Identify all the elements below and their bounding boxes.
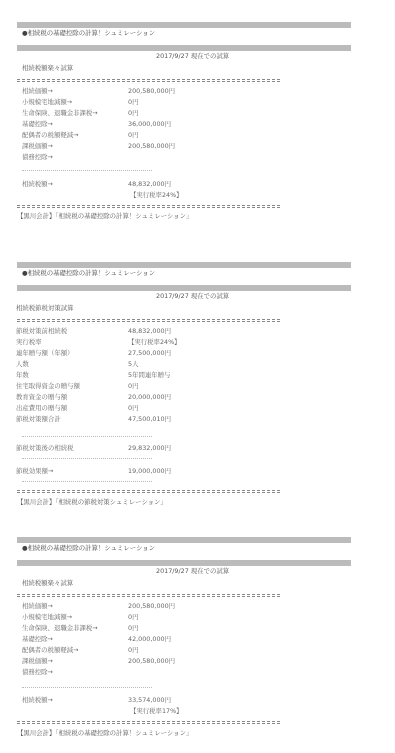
row-value: 0円 [128,381,138,391]
row-value: 36,000,000円 [128,119,171,129]
row-label: 配偶者の税額軽減→ [22,645,78,655]
row-value: 48,832,000円 [128,326,171,336]
row-label: 生命保険、退職金非課税→ [22,623,98,633]
row-label: 実行税率 [16,337,42,347]
row-label: 生命保険、退職金非課税→ [22,108,98,118]
double-divider [17,79,280,82]
row-value: 0円 [128,612,138,622]
thin-divider [22,458,152,459]
row-label: 住宅取得資金の贈与額 [16,381,80,391]
row-value: 0円 [128,108,138,118]
row-label: 人数 [16,359,29,369]
row-label: 相続価額→ [22,86,53,96]
row-value: 200,580,000円 [128,656,175,666]
after-tax-value: 29,832,000円 [128,443,171,453]
row-label: 小規模宅地減額→ [22,612,72,622]
row-value: 47,500,010円 [128,414,171,424]
row-value: 0円 [128,623,138,633]
row-label: 課税価額→ [22,656,53,666]
row-value: 5年間連年贈与 [128,370,170,380]
row-value: 20,000,000円 [128,392,171,402]
row-value: 27,500,000円 [128,348,171,358]
row-label: 出産費用の贈与額 [16,403,67,413]
saving-effect-value: 19,000,000円 [128,466,171,476]
row-label: 配偶者の税額軽減→ [22,130,78,140]
row-label: 債務控除→ [22,667,53,677]
after-tax-label: 節税対策後の相続税 [16,443,74,453]
footer-link[interactable]: 【黒川会計】「相続税の節税対策シュミレーション」 [17,497,167,507]
footer-link[interactable]: 【黒川会計】「相続税の基礎控除の計算！シュミレーション」 [17,211,192,221]
row-label: 相続価額→ [22,601,53,611]
double-divider [17,490,280,493]
saving-effect-label: 節税効果額→ [16,466,53,476]
double-divider [17,721,280,724]
row-label: 連年贈与額（年額） [16,348,74,358]
row-value: 0円 [128,130,138,140]
row-value: 0円 [128,645,138,655]
date-line: 2017/9/27 現在での試算 [156,51,229,61]
row-label: 基礎控除→ [22,119,53,129]
result-value: 33,574,000円 [128,695,171,705]
thin-divider [22,481,152,482]
row-label: 年数 [16,370,29,380]
result-label: 相続税額→ [22,695,53,705]
date-line: 2017/9/27 現在での試算 [156,566,229,576]
block-title: ●相続税の基礎控除の計算！シュミレーション [22,268,155,278]
row-value: 5人 [128,359,138,369]
double-divider [17,205,280,208]
effective-rate: 【実行税率24%】 [130,190,183,200]
row-value: 0円 [128,403,138,413]
block-subtitle: 相続税額楽々試算 [22,578,73,588]
row-value: 0円 [128,97,138,107]
row-value: 【実行税率24%】 [128,337,181,347]
row-label: 小規模宅地減額→ [22,97,72,107]
block-title: ●相続税の基礎控除の計算！シュミレーション [22,543,155,553]
thin-divider [22,436,152,437]
result-label: 相続税額→ [22,179,53,189]
thin-divider [22,687,152,688]
effective-rate: 【実行税率17%】 [130,706,183,716]
block-subtitle: 相続税節税対策試算 [16,303,74,313]
result-value: 48,832,000円 [128,179,171,189]
row-value: 200,580,000円 [128,141,175,151]
row-label: 節税対策額合計 [16,414,61,424]
double-divider [17,319,280,322]
block-title: ●相続税の基礎控除の計算！シュミレーション [22,28,155,38]
row-value: 200,580,000円 [128,86,175,96]
row-label: 節税対策前相続税 [16,326,67,336]
thin-divider [22,170,152,171]
footer-link[interactable]: 【黒川会計】「相続税の基礎控除の計算！シュミレーション」 [17,728,192,738]
row-value: 200,580,000円 [128,601,175,611]
row-label: 債務控除→ [22,152,53,162]
row-label: 教育資金の贈与額 [16,392,67,402]
row-value: 42,000,000円 [128,634,171,644]
row-label: 課税価額→ [22,141,53,151]
row-label: 基礎控除→ [22,634,53,644]
block-subtitle: 相続税額楽々試算 [22,63,73,73]
date-line: 2017/9/27 現在での試算 [156,291,229,301]
double-divider [17,594,280,597]
